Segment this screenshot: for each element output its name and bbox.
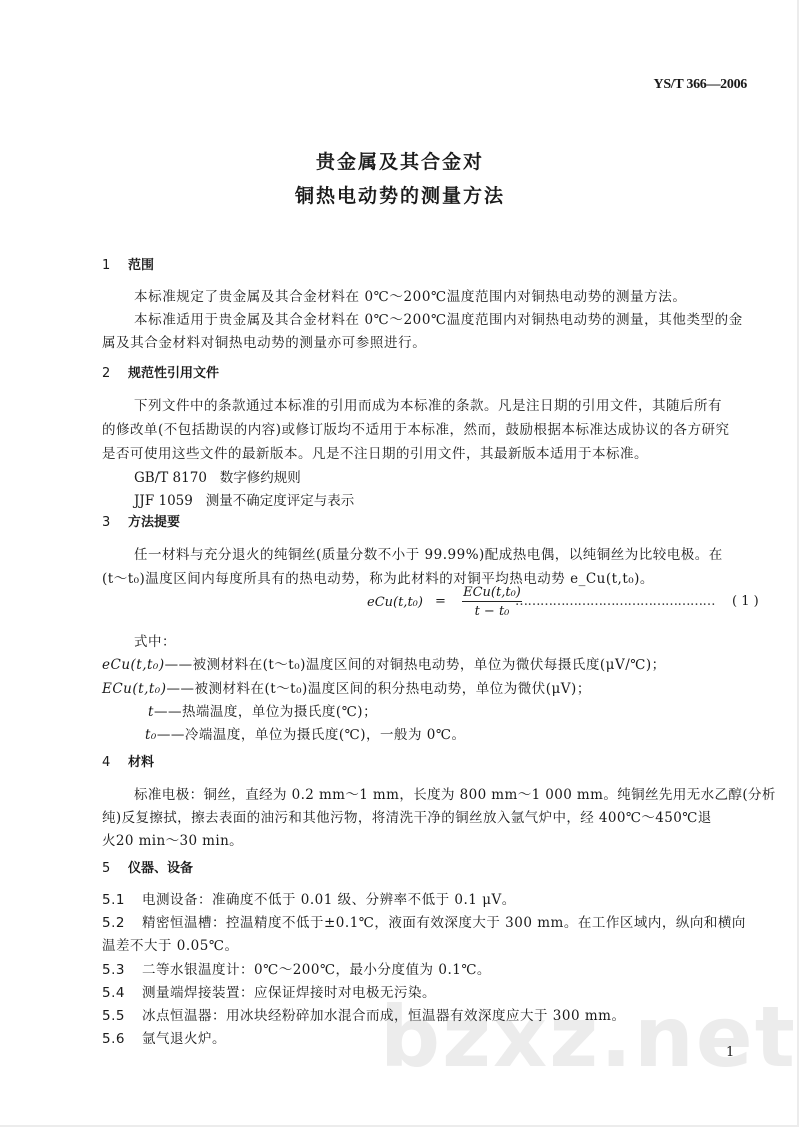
paragraph: 标准电极：铜丝，直经为 0.2 mm～1 mm，长度为 800 mm～1 000… [134,783,776,803]
clause-number: 5.6 [102,1031,142,1047]
section-title: 材料 [128,755,154,770]
section-number: 3 [102,515,128,530]
clause-5-1: 5.1电测设备：准确度不低于 0.01 级、分辨率不低于 0.1 μV。 [102,888,516,908]
equation-lhs: eCu(t,t₀) [367,595,423,610]
clause-number: 5.5 [102,1008,142,1024]
section-heading-2: 2规范性引用文件 [102,362,219,381]
symbol-description: ——被测材料在(t～t₀)温度区间的积分热电动势，单位为微伏(μV)； [166,681,590,697]
where-item: ECu(t,t₀)——被测材料在(t～t₀)温度区间的积分热电动势，单位为微伏(… [102,677,591,697]
document-title-line-2: 铜热电动势的测量方法 [0,181,800,208]
clause-number: 5.1 [102,892,142,908]
section-heading-5: 5仪器、设备 [102,857,193,876]
where-item: eCu(t,t₀)——被测材料在(t～t₀)温度区间的对铜热电动势，单位为微伏每… [102,653,666,673]
numerator: ECu(t,t₀) [462,585,522,602]
paragraph: 纯)反复擦拭，擦去表面的油污和其他污物，将清洗干净的铜丝放入氩气炉中，经 400… [102,806,712,826]
where-label: 式中： [134,630,176,650]
document-page: YS/T 366—2006 贵金属及其合金对 铜热电动势的测量方法 1范围 本标… [0,0,799,1127]
clause-5-5: 5.5冰点恒温器：用冰块经粉碎加水混合而成，恒温器有效深度应大于 300 mm。 [102,1004,625,1024]
denominator: t − t₀ [462,602,522,619]
section-heading-3: 3方法提要 [102,511,180,530]
equation-leader-dots: ………………………………………… [515,594,715,609]
section-heading-4: 4材料 [102,751,154,770]
equals-sign: = [435,594,446,609]
symbol: eCu(t,t₀) [102,657,165,673]
paragraph: 属及其合金材料对铜热电动势的测量亦可参照进行。 [102,331,426,351]
clause-text: 冰点恒温器：用冰块经粉碎加水混合而成，恒温器有效深度应大于 300 mm。 [142,1008,625,1024]
clause-text: 精密恒温槽：控温精度不低于±0.1℃，液面有效深度大于 300 mm。在工作区域… [142,915,746,931]
section-title: 仪器、设备 [128,861,193,876]
where-item: t——热端温度，单位为摄氏度(℃)； [148,700,377,720]
page-number: 1 [726,1045,734,1060]
equation-number: ( 1 ) [732,594,759,609]
section-number: 5 [102,861,128,876]
paragraph: 任一材料与充分退火的纯铜丝(质量分数不小于 99.99%)配成热电偶，以纯铜丝为… [134,543,723,563]
symbol-description: ——被测材料在(t～t₀)温度区间的对铜热电动势，单位为微伏每摄氏度(μV/℃)… [165,657,666,673]
paragraph: 本标准适用于贵金属及其合金材料在 0℃～200℃温度范围内对铜热电动势的测量，其… [134,308,743,328]
clause-continuation: 温差不大于 0.05℃。 [102,934,238,954]
reference-item: GB/T 8170 数字修约规则 [134,466,301,486]
standard-number: YS/T 366—2006 [654,77,747,93]
clause-5-3: 5.3二等水银温度计：0℃～200℃，最小分度值为 0.1℃。 [102,958,491,978]
clause-5-2: 5.2精密恒温槽：控温精度不低于±0.1℃，液面有效深度大于 300 mm。在工… [102,911,746,931]
paragraph: 火20 min～30 min。 [102,829,243,849]
clause-text: 二等水银温度计：0℃～200℃，最小分度值为 0.1℃。 [142,962,491,978]
reference-title: 数字修约规则 [220,470,301,486]
symbol-description: ——冷端温度，单位为摄氏度(℃)，一般为 0℃。 [157,727,466,743]
clause-number: 5.2 [102,915,142,931]
section-number: 1 [102,258,128,273]
section-title: 范围 [128,258,154,273]
paragraph: 本标准规定了贵金属及其合金材料在 0℃～200℃温度范围内对铜热电动势的测量方法… [134,285,686,305]
clause-number: 5.4 [102,985,142,1001]
reference-item: JJF 1059 测量不确定度评定与表示 [134,489,354,509]
clause-text: 电测设备：准确度不低于 0.01 级、分辨率不低于 0.1 μV。 [142,892,516,908]
reference-code: GB/T 8170 [134,470,207,486]
symbol: t₀ [145,727,157,743]
clause-5-6: 5.6氩气退火炉。 [102,1027,226,1047]
section-title: 方法提要 [128,515,180,530]
paragraph: 的修改单(不包括勘误的内容)或修订版均不适用于本标准，然而，鼓励根据本标准达成协… [102,418,730,438]
symbol: ECu(t,t₀) [102,681,166,697]
section-title: 规范性引用文件 [128,366,219,381]
section-heading-1: 1范围 [102,254,154,273]
document-title-line-1: 贵金属及其合金对 [0,147,800,174]
reference-title: 测量不确定度评定与表示 [206,493,355,509]
clause-number: 5.3 [102,962,142,978]
reference-code: JJF 1059 [134,493,193,509]
where-item: t₀——冷端温度，单位为摄氏度(℃)，一般为 0℃。 [145,723,465,743]
section-number: 4 [102,755,128,770]
section-number: 2 [102,366,128,381]
symbol-description: ——热端温度，单位为摄氏度(℃)； [154,704,377,720]
equation-1: eCu(t,t₀) = ECu(t,t₀) t − t₀ ……………………………… [367,585,767,625]
paragraph: 下列文件中的条款通过本标准的引用而成为本标准的条款。凡是注日期的引用文件，其随后… [134,394,722,414]
paragraph: (t～t₀)温度区间内每度所具有的热电动势，称为此材料的对铜平均热电动势 e_C… [102,567,654,587]
clause-text: 氩气退火炉。 [142,1031,226,1047]
fraction: ECu(t,t₀) t − t₀ [462,585,522,619]
paragraph: 是否可使用这些文件的最新版本。凡是不注日期的引用文件，其最新版本适用于本标准。 [102,442,648,462]
